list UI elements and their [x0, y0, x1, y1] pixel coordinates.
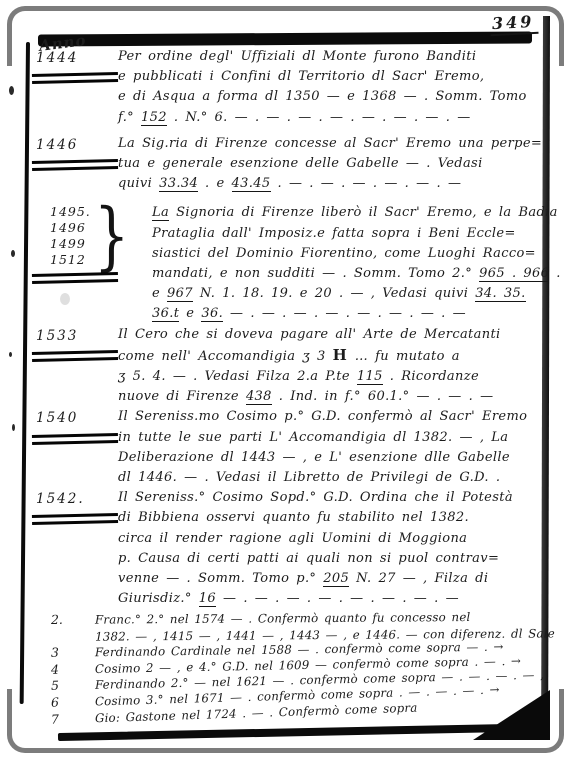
page-number: 349: [489, 12, 538, 37]
scan-edge-left: [20, 42, 30, 704]
entry-row: 1495.149614991512}La Signoria di Firenze…: [36, 203, 548, 324]
grouping-brace: }: [94, 200, 117, 272]
entry-year: 1540: [36, 408, 118, 428]
entry-year-column: 1533: [36, 325, 118, 408]
entry-line: tua e generale esenzione delle Gabelle —…: [118, 154, 548, 174]
entry-list: 1444Per ordine degl' Uffiziali dl Monte …: [36, 47, 548, 609]
confirmation-list: 2.Franc.° 2.° nel 1574 — . Confermò quan…: [36, 612, 556, 728]
entry-line: Prataglia dall' Imposiz.e fatta sopra i …: [152, 224, 548, 244]
entry-line: venne — . Somm. Tomo p.° 205 N. 27 — , F…: [118, 569, 548, 589]
ink-speck: [9, 86, 14, 95]
entry-year-column: 1542.: [36, 488, 118, 609]
entry-year-column: 1444: [36, 47, 118, 128]
entry-year: 1533: [36, 326, 118, 346]
entry-line: Il Sereniss.mo Cosimo p.° G.D. confermò …: [118, 407, 548, 427]
entry-row: 1542.Il Sereniss.° Cosimo Sopd.° G.D. Or…: [36, 488, 548, 609]
entry-text: Il Sereniss.° Cosimo Sopd.° G.D. Ordina …: [118, 488, 548, 609]
entry-row: 1444Per ordine degl' Uffiziali dl Monte …: [36, 47, 548, 128]
margin-emphasis-mark: [32, 159, 118, 171]
ink-speck: [12, 424, 15, 431]
entry-line: Per ordine degl' Uffiziali dl Monte furo…: [118, 47, 548, 67]
scanned-manuscript-page: 349 Anno 1444Per ordine degl' Uffiziali …: [0, 0, 571, 760]
entry-line: La Signoria di Firenze liberò il Sacr' E…: [152, 203, 548, 223]
list-item-number: 5: [36, 677, 95, 695]
entry-text: La Sig.ria di Firenze concesse al Sacr' …: [118, 134, 548, 195]
margin-emphasis-mark: [32, 272, 118, 284]
entry-row: 1446La Sig.ria di Firenze concesse al Sa…: [36, 134, 548, 195]
entry-line: nuove di Firenze 438 . Ind. in f.° 60.1.…: [118, 387, 548, 407]
entry-line: e pubblicati i Confini dl Territorio dl …: [118, 67, 548, 87]
entry-line: 36.t e 36. — . — . — . — . — . — . — . —: [152, 304, 548, 324]
entry-text: Per ordine degl' Uffiziali dl Monte furo…: [118, 47, 548, 128]
entry-year-column: 1540: [36, 407, 118, 488]
ink-speck: [11, 250, 15, 257]
entry-line: mandati, e non sudditi — . Somm. Tomo 2.…: [152, 264, 548, 284]
entry-line: siastici del Dominio Fiorentino, come Lu…: [152, 244, 548, 264]
margin-emphasis-mark: [32, 433, 118, 445]
entry-line: ʒ 5. 4. — . Vedasi Filza 2.a P.te 115 . …: [118, 367, 548, 387]
entry-year: 1444: [36, 48, 118, 68]
entry-line: circa il render ragione agli Uomini di M…: [118, 529, 548, 549]
entry-line: La Sig.ria di Firenze concesse al Sacr' …: [118, 134, 548, 154]
entry-line: come nell' Accomandigia ʒ 3 H … fu mutat…: [118, 345, 548, 367]
entry-row: 1533Il Cero che si doveva pagare all' Ar…: [36, 325, 548, 408]
entry-line: Il Sereniss.° Cosimo Sopd.° G.D. Ordina …: [118, 488, 548, 508]
entry-line: di Bibbiena osservi quanto fu stabilito …: [118, 508, 548, 528]
list-item-number: 7: [36, 710, 96, 729]
entry-line: f.° 152 . N.° 6. — . — . — . — . — . — .…: [118, 108, 548, 128]
entry-line: e di Asqua a forma dl 1350 — e 1368 — . …: [118, 87, 548, 107]
entry-line: Deliberazione dl 1443 — , e L' esenzione…: [118, 448, 548, 468]
list-item-number: 3: [36, 644, 95, 661]
entry-line: Il Cero che si doveva pagare all' Arte d…: [118, 325, 548, 345]
entry-year: 1542.: [36, 489, 118, 509]
entry-line: in tutte le sue parti L' Accomandigia dl…: [118, 428, 548, 448]
margin-emphasis-mark: [32, 350, 118, 362]
entry-line: e 967 N. 1. 18. 19. e 20 . — , Vedasi qu…: [152, 284, 548, 304]
entry-text: La Signoria di Firenze liberò il Sacr' E…: [118, 203, 548, 324]
list-item-number: 6: [36, 693, 95, 711]
entry-text: Il Cero che si doveva pagare all' Arte d…: [118, 325, 548, 408]
entry-line: quivi 33.34 . e 43.45 . — . — . — . — . …: [118, 174, 548, 194]
ink-speck: [9, 352, 12, 357]
entry-year-column: 1446: [36, 134, 118, 195]
margin-emphasis-mark: [32, 72, 118, 84]
entry-year: 1446: [36, 135, 118, 155]
entry-line: p. Causa di certi patti ai quali non si …: [118, 549, 548, 569]
margin-emphasis-mark: [32, 513, 118, 525]
list-item-number: 4: [36, 661, 95, 679]
entry-line: dl 1446. — . Vedasi il Libretto de Privi…: [118, 468, 548, 488]
entry-text: Il Sereniss.mo Cosimo p.° G.D. confermò …: [118, 407, 548, 488]
entry-line: Giurisdiz.° 16 — . — . — . — . — . — . —…: [118, 589, 548, 609]
entry-row: 1540Il Sereniss.mo Cosimo p.° G.D. confe…: [36, 407, 548, 488]
list-item-number: 2.: [36, 612, 95, 646]
